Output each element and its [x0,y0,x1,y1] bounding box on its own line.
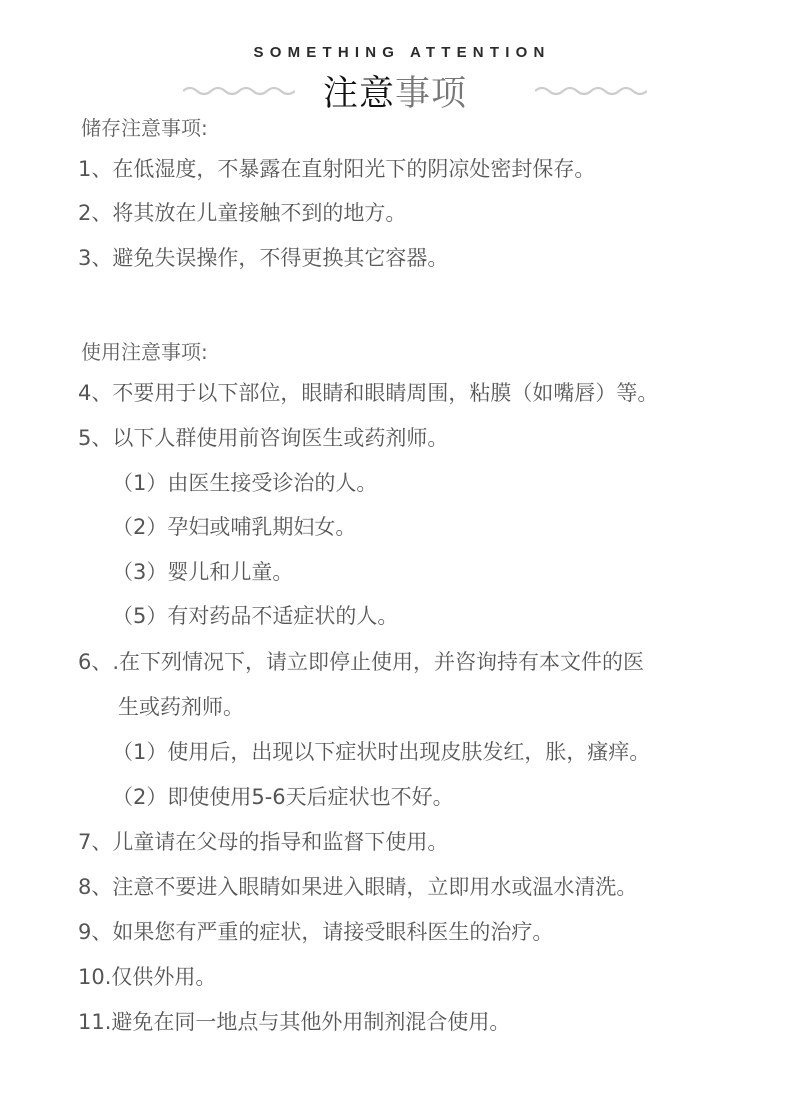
usage-item-6-sub-2: （2）即使使用5-6天后症状也不好。 [112,783,454,811]
usage-item-11: 11.避免在同一地点与其他外用制剂混合使用。 [78,1008,510,1036]
usage-item-6: 6、.在下列情况下，请立即停止使用，并咨询持有本文件的医 [78,648,644,676]
page-title-light: 事项 [395,74,467,114]
storage-item-1: 1、在低湿度，不暴露在直射阳光下的阴凉处密封保存。 [78,155,595,183]
usage-item-10: 10.仅供外用。 [78,963,216,991]
usage-item-4: 4、不要用于以下部位，眼睛和眼睛周围，粘膜（如嘴唇）等。 [78,379,658,407]
storage-item-2: 2、将其放在儿童接触不到的地方。 [78,199,406,227]
page-title-dark: 注意 [323,74,395,114]
usage-item-5-sub-2: （2）孕妇或哺乳期妇女。 [112,513,356,541]
usage-item-6-sub-1: （1）使用后，出现以下症状时出现皮肤发红，胀，瘙痒。 [112,738,650,766]
usage-item-5-sub-3: （3）婴儿和儿童。 [112,558,293,586]
usage-item-9: 9、如果您有严重的症状，请接受眼科医生的治疗。 [78,918,553,946]
usage-item-5-sub-5: （5）有对药品不适症状的人。 [112,602,398,630]
usage-item-5-sub-1: （1）由医生接受诊治的人。 [112,469,377,497]
page-title: 注意事项 [0,72,790,116]
attention-header-subtitle: SOMETHING ATTENTION [0,44,790,61]
usage-item-5: 5、以下人群使用前咨询医生或药剂师。 [78,424,448,452]
storage-item-3: 3、避免失误操作，不得更换其它容器。 [78,244,448,272]
usage-item-8: 8、注意不要进入眼睛如果进入眼睛，立即用水或温水清洗。 [78,873,637,901]
usage-item-7: 7、儿童请在父母的指导和监督下使用。 [78,828,448,856]
storage-section-title: 储存注意事项: [81,114,208,142]
usage-item-6-continued: 生或药剂师。 [118,693,244,721]
wave-divider-right-icon [535,84,647,98]
usage-section-title: 使用注意事项: [81,338,208,366]
